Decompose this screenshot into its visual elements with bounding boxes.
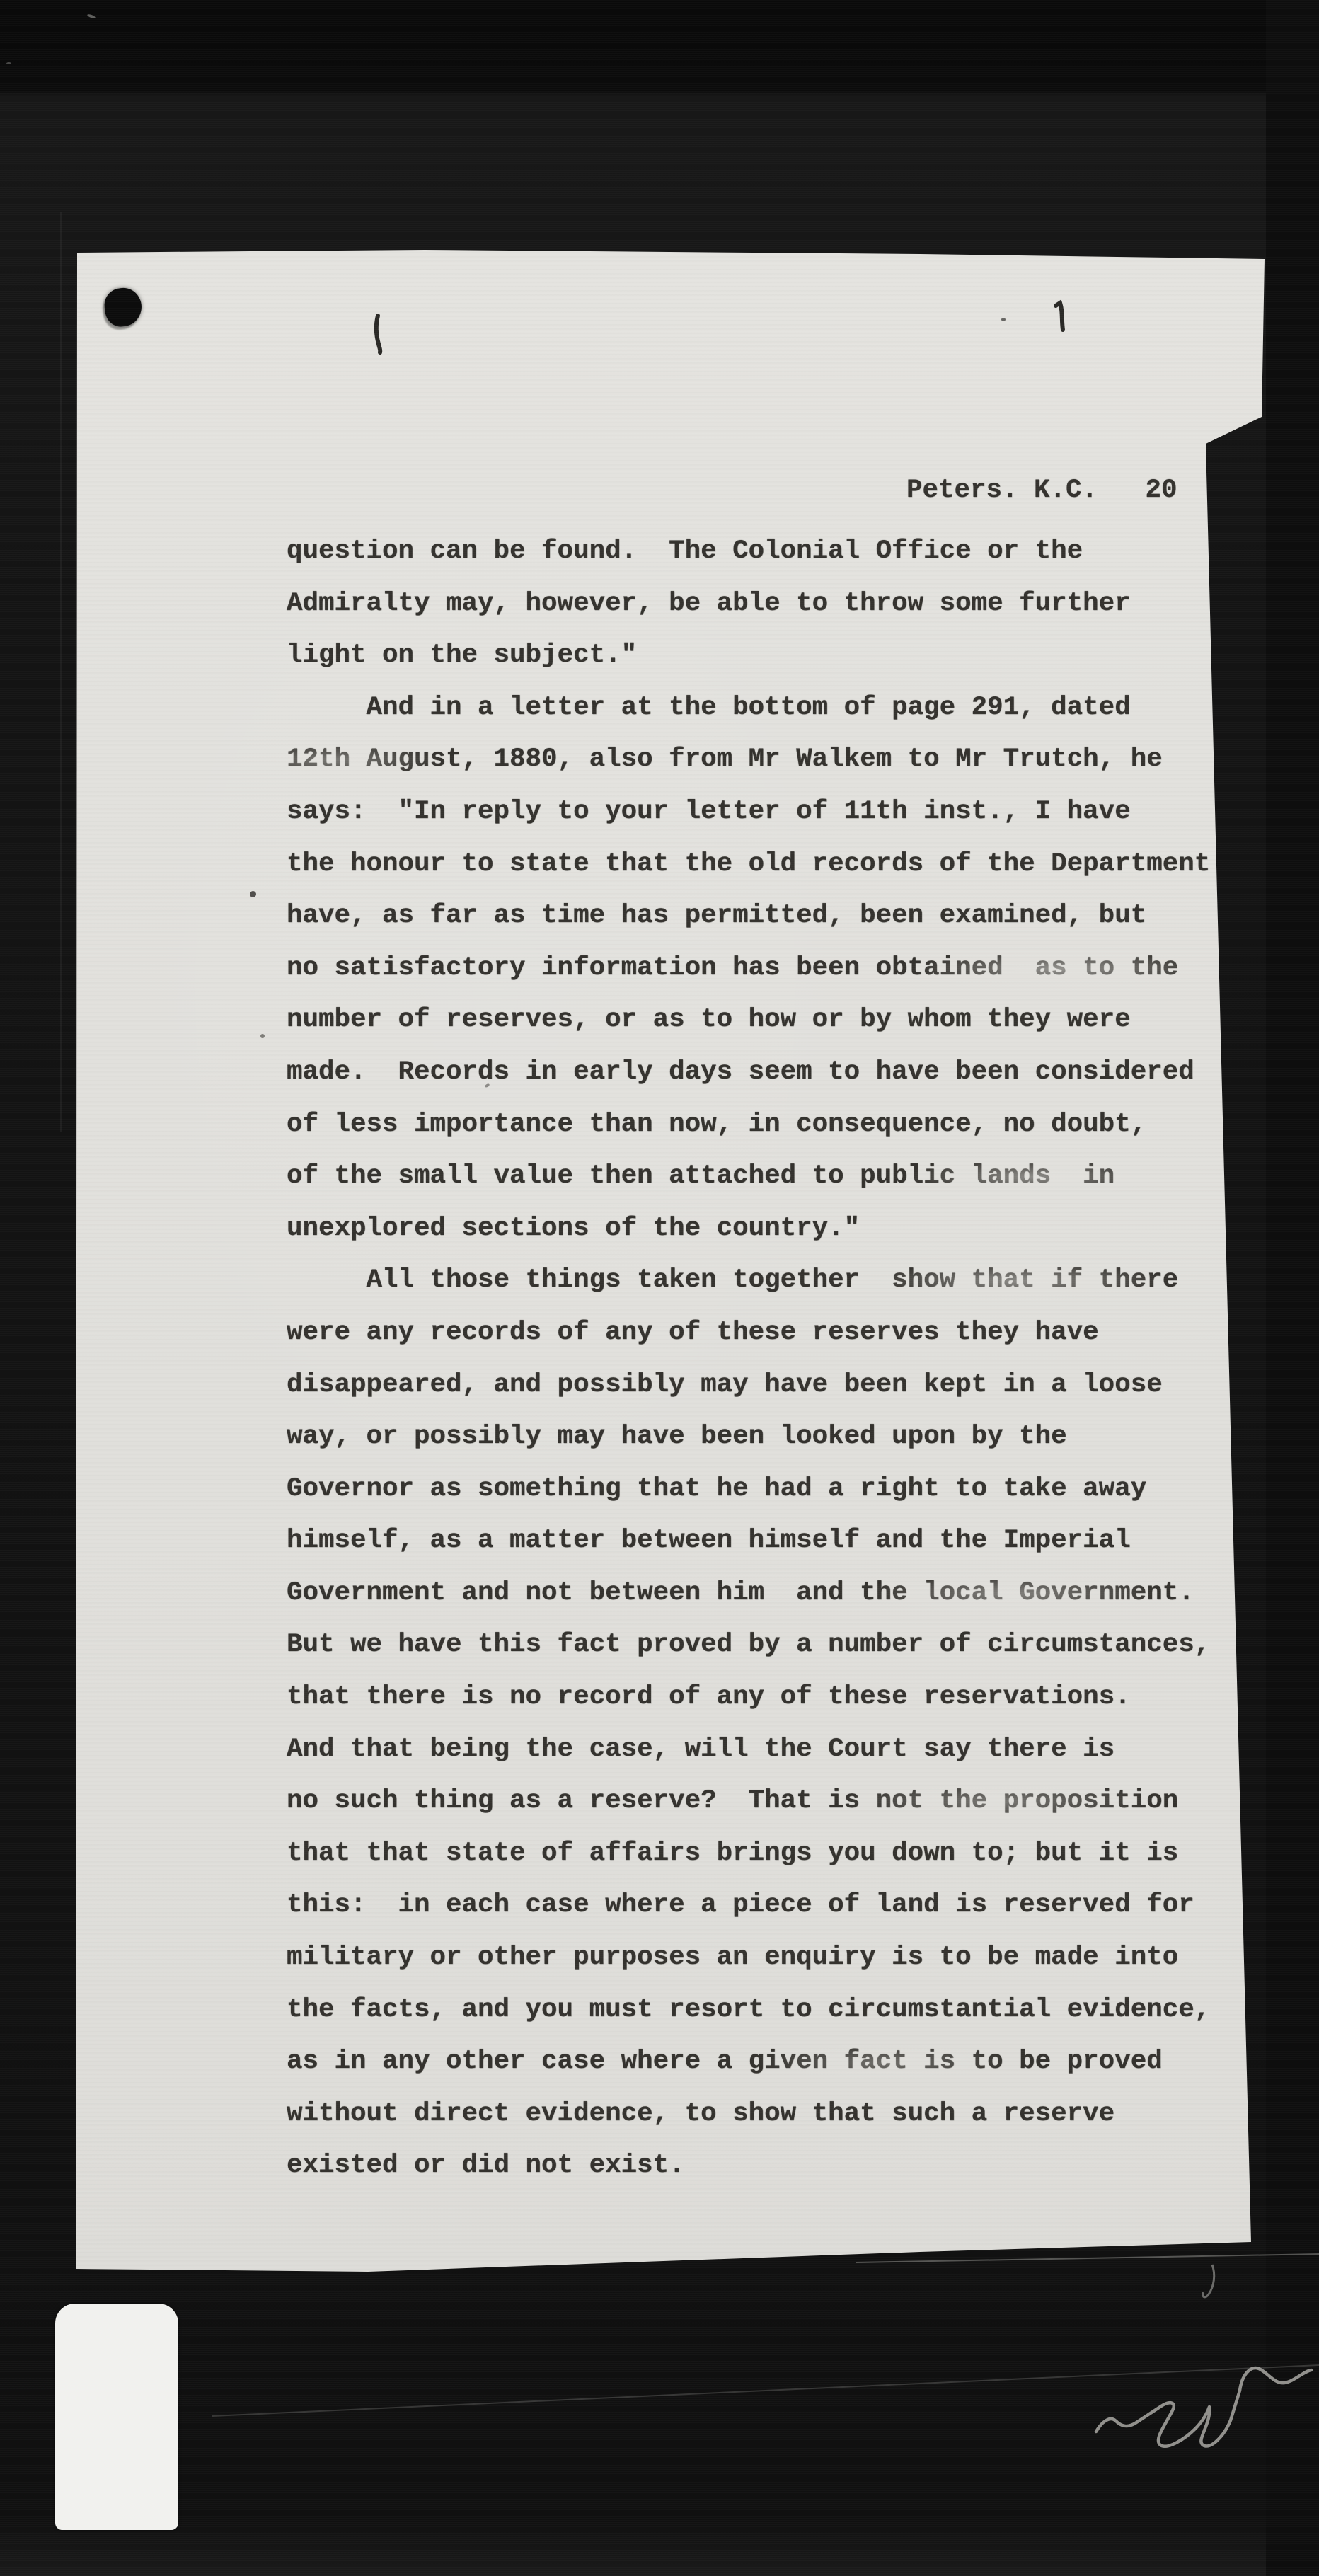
typed-line: says: "In reply to your letter of 11th i… <box>287 786 1210 839</box>
typed-line: this: in each case where a piece of land… <box>287 1880 1210 1932</box>
page-header: Peters. K.C. 20 <box>906 464 1177 517</box>
typed-line: without direct evidence, to show that su… <box>287 2088 1210 2141</box>
hook-mark <box>1203 2265 1214 2297</box>
typed-line: Government and not between him and the l… <box>287 1568 1210 1620</box>
scratch-line <box>212 2365 1319 2416</box>
dust-speck <box>87 13 96 19</box>
typed-line: were any records of any of these reserve… <box>287 1307 1210 1359</box>
typed-line: light on the subject." <box>287 630 1210 682</box>
typed-line: 12th August, 1880, also from Mr Walkem t… <box>287 734 1210 786</box>
typed-line: that there is no record of any of these … <box>287 1672 1210 1724</box>
typed-line: All those things taken together show tha… <box>287 1255 1210 1307</box>
typed-line: And that being the case, will the Court … <box>287 1724 1210 1776</box>
typed-line: the honour to state that the old records… <box>287 839 1210 891</box>
typed-text-block: question can be found. The Colonial Offi… <box>287 526 1210 2192</box>
typed-line: Governor as something that he had a righ… <box>287 1464 1210 1516</box>
typed-line: way, or possibly may have been looked up… <box>287 1411 1210 1464</box>
typed-line: military or other purposes an enquiry is… <box>287 1932 1210 1984</box>
paper-card <box>55 2304 178 2530</box>
typed-line: of the small value then attached to publ… <box>287 1151 1210 1203</box>
typed-line: no such thing as a reserve? That is not … <box>287 1776 1210 1828</box>
dust-speck <box>260 1034 265 1038</box>
typed-line: Admiralty may, however, be able to throw… <box>287 578 1210 631</box>
typed-line: number of reserves, or as to how or by w… <box>287 994 1210 1047</box>
typed-line: made. Records in early days seem to have… <box>287 1047 1210 1099</box>
typed-line: disappeared, and possibly may have been … <box>287 1359 1210 1412</box>
scratch-line <box>856 2254 1319 2262</box>
typed-line: as in any other case where a given fact … <box>287 2036 1210 2088</box>
scanned-document-page: Peters. K.C. 20 question can be found. T… <box>0 0 1319 2576</box>
typed-line: that that state of affairs brings you do… <box>287 1828 1210 1880</box>
typed-line: question can be found. The Colonial Offi… <box>287 526 1210 578</box>
dust-speck <box>250 891 256 897</box>
typed-line: of less importance than now, in conseque… <box>287 1099 1210 1151</box>
typed-line: the facts, and you must resort to circum… <box>287 1984 1210 2037</box>
dust-speck <box>6 62 11 64</box>
typed-line: himself, as a matter between himself and… <box>287 1515 1210 1568</box>
scan-right-margin <box>1266 0 1319 2576</box>
dust-speck <box>1001 318 1006 321</box>
typed-line: no satisfactory information has been obt… <box>287 943 1210 995</box>
typed-line: And in a letter at the bottom of page 29… <box>287 682 1210 735</box>
typed-line: have, as far as time has permitted, been… <box>287 890 1210 943</box>
typed-line: existed or did not exist. <box>287 2140 1210 2192</box>
scan-left-streak <box>60 212 62 1132</box>
typed-line: unexplored sections of the country." <box>287 1203 1210 1255</box>
typed-line: But we have this fact proved by a number… <box>287 1619 1210 1672</box>
